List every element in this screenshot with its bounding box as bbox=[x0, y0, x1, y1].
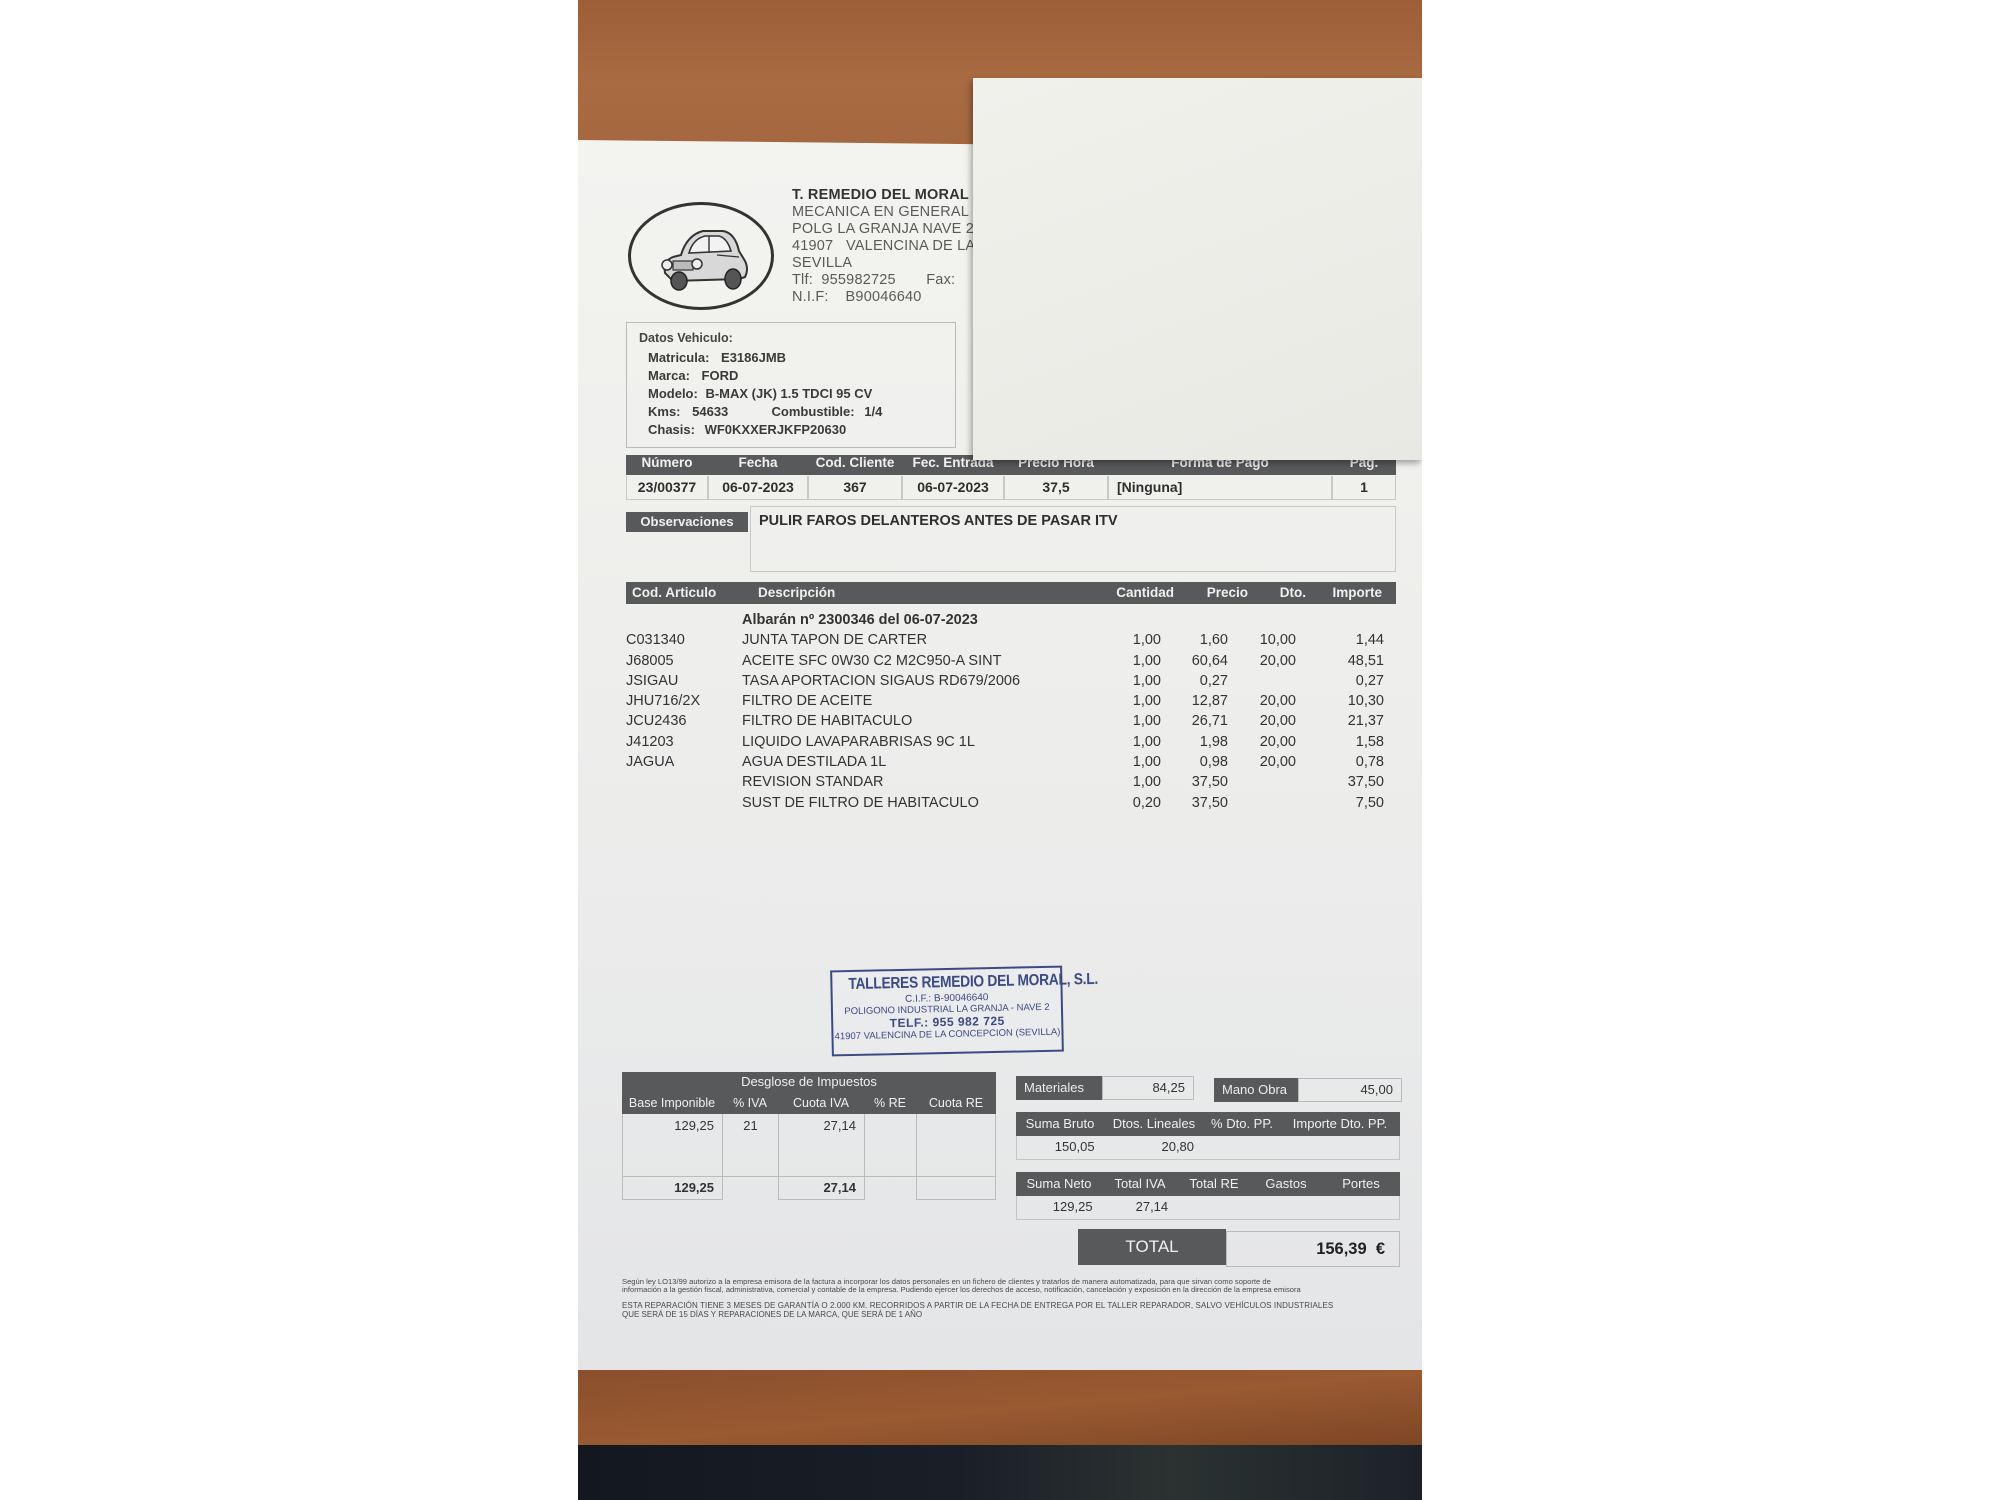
total-value: 156,39 € bbox=[1226, 1231, 1400, 1267]
tax-totals: 129,25 27,14 bbox=[622, 1176, 996, 1200]
header-pct-iva: % IVA bbox=[722, 1092, 778, 1114]
company-fax-label: Fax: bbox=[926, 272, 955, 288]
item-amount: 37,50 bbox=[1348, 774, 1384, 790]
item-discount: 20,00 bbox=[1260, 653, 1296, 669]
plate-label: Matricula: bbox=[648, 350, 709, 365]
item-description: REVISION STANDAR bbox=[742, 774, 884, 790]
table-row: C031340JUNTA TAPON DE CARTER1,001,6010,0… bbox=[626, 632, 1396, 652]
item-description: AGUA DESTILADA 1L bbox=[742, 754, 886, 770]
item-code: JAGUA bbox=[626, 754, 674, 770]
item-code: J41203 bbox=[626, 734, 674, 750]
item-price: 37,50 bbox=[1192, 774, 1228, 790]
albaran-row: Albarán nº 2300346 del 06-07-2023 bbox=[626, 612, 1396, 632]
chassis-label: Chasis: bbox=[648, 422, 695, 437]
table-row: JSIGAUTASA APORTACION SIGAUS RD679/20061… bbox=[626, 673, 1396, 693]
tax-total-iva: 27,14 bbox=[778, 1177, 864, 1200]
item-amount: 10,30 bbox=[1348, 693, 1384, 709]
item-discount: 20,00 bbox=[1260, 734, 1296, 750]
item-description: TASA APORTACION SIGAUS RD679/2006 bbox=[742, 673, 1020, 689]
item-quantity: 1,00 bbox=[1133, 734, 1161, 750]
item-amount: 1,44 bbox=[1356, 632, 1384, 648]
company-address-1: POLG LA GRANJA NAVE 2 bbox=[792, 221, 975, 238]
suma-bruto-value: 150,05 bbox=[1017, 1136, 1105, 1159]
observations-label: Observaciones bbox=[626, 512, 748, 532]
dtos-lineales-value: 20,80 bbox=[1105, 1136, 1204, 1159]
legal-text: Según ley LO13/99 autorizo a la empresa … bbox=[622, 1278, 1422, 1319]
gross-values: 150,05 20,80 bbox=[1016, 1136, 1400, 1160]
item-discount: 10,00 bbox=[1260, 632, 1296, 648]
portes-value bbox=[1321, 1196, 1399, 1219]
item-price: 26,71 bbox=[1192, 713, 1228, 729]
tax-row: 129,25 21 27,14 bbox=[622, 1114, 996, 1176]
item-code: C031340 bbox=[626, 632, 685, 648]
item-description: JUNTA TAPON DE CARTER bbox=[742, 632, 927, 648]
net-headers: Suma Neto Total IVA Total RE Gastos Port… bbox=[1016, 1172, 1400, 1196]
item-discount: 20,00 bbox=[1260, 754, 1296, 770]
header-descripcion: Descripción bbox=[758, 582, 835, 604]
table-row: J68005ACEITE SFC 0W30 C2 M2C950-A SINT1,… bbox=[626, 653, 1396, 673]
tax-breakdown-title: Desglose de Impuestos bbox=[622, 1072, 996, 1092]
tax-total-re-pct bbox=[864, 1177, 916, 1200]
header-importe-dto-pp: Importe Dto. PP. bbox=[1280, 1112, 1400, 1136]
item-quantity: 1,00 bbox=[1133, 653, 1161, 669]
company-name: T. REMEDIO DEL MORAL bbox=[792, 187, 975, 204]
fuel-label: Combustible: bbox=[772, 404, 855, 419]
item-quantity: 1,00 bbox=[1133, 754, 1161, 770]
vintage-car-icon bbox=[651, 217, 757, 299]
item-quantity: 1,00 bbox=[1133, 713, 1161, 729]
vehicle-data-box: Datos Vehiculo: Matricula: E3186JMB Marc… bbox=[626, 322, 956, 448]
header-fecha: Fecha bbox=[708, 455, 808, 475]
item-amount: 0,78 bbox=[1356, 754, 1384, 770]
labor-label: Mano Obra bbox=[1214, 1078, 1298, 1102]
labor-pair: Mano Obra 45,00 bbox=[1214, 1078, 1402, 1102]
vehicle-plate-row: Matricula: E3186JMB bbox=[639, 349, 943, 367]
header-base-imponible: Base Imponible bbox=[622, 1092, 722, 1114]
total-label: TOTAL bbox=[1078, 1229, 1226, 1265]
tax-total-pct bbox=[722, 1177, 778, 1200]
header-total-re: Total RE bbox=[1178, 1172, 1250, 1196]
item-amount: 1,58 bbox=[1356, 734, 1384, 750]
brand-label: Marca: bbox=[648, 368, 690, 383]
company-phone-row: Tlf: 955982725 Fax: bbox=[792, 272, 975, 289]
tax-base: 129,25 bbox=[622, 1114, 722, 1176]
suma-neto-value: 129,25 bbox=[1017, 1196, 1103, 1219]
item-code: JSIGAU bbox=[626, 673, 678, 689]
company-nif: N.I.F: B90046640 bbox=[792, 289, 975, 306]
gastos-value bbox=[1250, 1196, 1322, 1219]
tax-iva-amount: 27,14 bbox=[778, 1114, 864, 1176]
header-cuota-iva: Cuota IVA bbox=[778, 1092, 864, 1114]
kms-value: 54633 bbox=[692, 404, 728, 419]
hourly-rate: 37,5 bbox=[1004, 476, 1108, 500]
header-dto: Dto. bbox=[1280, 582, 1306, 604]
invoice-number: 23/00377 bbox=[626, 476, 708, 500]
net-values: 129,25 27,14 bbox=[1016, 1196, 1400, 1220]
tax-breakdown: Desglose de Impuestos Base Imponible % I… bbox=[622, 1072, 996, 1200]
table-row: SUST DE FILTRO DE HABITACULO0,2037,507,5… bbox=[626, 795, 1396, 815]
vehicle-title: Datos Vehiculo: bbox=[639, 329, 943, 347]
item-code: J68005 bbox=[626, 653, 674, 669]
table-row: J41203LIQUIDO LAVAPARABRISAS 9C 1L1,001,… bbox=[626, 734, 1396, 754]
materials-label: Materiales bbox=[1016, 1076, 1102, 1100]
item-quantity: 1,00 bbox=[1133, 632, 1161, 648]
item-description: LIQUIDO LAVAPARABRISAS 9C 1L bbox=[742, 734, 975, 750]
invoice-meta-values: 23/00377 06-07-2023 367 06-07-2023 37,5 … bbox=[626, 476, 1396, 500]
item-discount: 20,00 bbox=[1260, 693, 1296, 709]
plate-value: E3186JMB bbox=[721, 350, 786, 365]
header-pct-re: % RE bbox=[864, 1092, 916, 1114]
item-price: 37,50 bbox=[1192, 795, 1228, 811]
item-amount: 21,37 bbox=[1348, 713, 1384, 729]
albaran-reference: Albarán nº 2300346 del 06-07-2023 bbox=[742, 612, 978, 628]
company-stamp: TALLERES REMEDIO DEL MORAL, S.L. C.I.F.:… bbox=[830, 966, 1064, 1057]
tax-iva-pct: 21 bbox=[722, 1114, 778, 1176]
total-re-value bbox=[1178, 1196, 1250, 1219]
tax-total-re bbox=[916, 1177, 996, 1200]
header-gastos: Gastos bbox=[1250, 1172, 1322, 1196]
gross-headers: Suma Bruto Dtos. Lineales % Dto. PP. Imp… bbox=[1016, 1112, 1400, 1136]
page-number: 1 bbox=[1332, 476, 1396, 500]
model-label: Modelo: bbox=[648, 386, 698, 401]
tax-re-amount bbox=[916, 1114, 996, 1176]
legal-line-2: información a la gestión fiscal, adminis… bbox=[622, 1286, 1422, 1294]
item-code: JCU2436 bbox=[626, 713, 686, 729]
header-cod-articulo: Cod. Articulo bbox=[632, 582, 716, 604]
client-code: 367 bbox=[808, 476, 902, 500]
invoice-date: 06-07-2023 bbox=[708, 476, 808, 500]
payment-method: [Ninguna] bbox=[1108, 476, 1332, 500]
item-code: JHU716/2X bbox=[626, 693, 700, 709]
entry-date: 06-07-2023 bbox=[902, 476, 1004, 500]
item-price: 60,64 bbox=[1192, 653, 1228, 669]
header-dtos-lineales: Dtos. Lineales bbox=[1104, 1112, 1204, 1136]
materials-value: 84,25 bbox=[1102, 1076, 1194, 1100]
item-price: 1,98 bbox=[1200, 734, 1228, 750]
item-amount: 48,51 bbox=[1348, 653, 1384, 669]
header-suma-neto: Suma Neto bbox=[1016, 1172, 1102, 1196]
header-precio: Precio bbox=[1207, 582, 1248, 604]
item-price: 12,87 bbox=[1192, 693, 1228, 709]
table-row: REVISION STANDAR1,0037,5037,50 bbox=[626, 774, 1396, 794]
header-importe: Importe bbox=[1332, 582, 1382, 604]
table-row: JHU716/2XFILTRO DE ACEITE1,0012,8720,001… bbox=[626, 693, 1396, 713]
item-description: FILTRO DE HABITACULO bbox=[742, 713, 912, 729]
items-table: Albarán nº 2300346 del 06-07-2023 C03134… bbox=[626, 612, 1396, 815]
tax-headers: Base Imponible % IVA Cuota IVA % RE Cuot… bbox=[622, 1092, 996, 1114]
invoice-photo: T. REMEDIO DEL MORAL MECANICA EN GENERAL… bbox=[578, 0, 1422, 1500]
total-iva-value: 27,14 bbox=[1103, 1196, 1179, 1219]
table-row: JCU2436FILTRO DE HABITACULO1,0026,7120,0… bbox=[626, 713, 1396, 733]
company-address-2: 41907 VALENCINA DE LA bbox=[792, 238, 975, 255]
labor-value: 45,00 bbox=[1298, 1078, 1402, 1102]
header-cod-cliente: Cod. Cliente bbox=[808, 455, 902, 475]
brand-value: FORD bbox=[702, 368, 739, 383]
observations-text: PULIR FAROS DELANTEROS ANTES DE PASAR IT… bbox=[750, 506, 1396, 572]
importe-dto-pp-value bbox=[1280, 1136, 1399, 1159]
items-table-header: Cod. Articulo Descripción Cantidad Preci… bbox=[626, 582, 1396, 604]
item-quantity: 1,00 bbox=[1133, 774, 1161, 790]
header-total-iva: Total IVA bbox=[1102, 1172, 1178, 1196]
item-price: 0,27 bbox=[1200, 673, 1228, 689]
warranty-line-2: QUE SERÁ DE 15 DÍAS Y REPARACIONES DE LA… bbox=[622, 1311, 1422, 1319]
item-amount: 0,27 bbox=[1356, 673, 1384, 689]
company-city: SEVILLA bbox=[792, 255, 975, 272]
company-phone: Tlf: 955982725 bbox=[792, 272, 896, 288]
item-description: SUST DE FILTRO DE HABITACULO bbox=[742, 795, 979, 811]
item-price: 1,60 bbox=[1200, 632, 1228, 648]
header-numero: Número bbox=[626, 455, 708, 475]
item-price: 0,98 bbox=[1200, 754, 1228, 770]
header-cantidad: Cantidad bbox=[1116, 582, 1174, 604]
vehicle-chassis-row: Chasis: WF0KXXERJKFP20630 bbox=[639, 421, 943, 439]
header-suma-bruto: Suma Bruto bbox=[1016, 1112, 1104, 1136]
item-quantity: 0,20 bbox=[1133, 795, 1161, 811]
company-logo bbox=[628, 202, 774, 310]
item-quantity: 1,00 bbox=[1133, 693, 1161, 709]
item-description: FILTRO DE ACEITE bbox=[742, 693, 872, 709]
chassis-value: WF0KXXERJKFP20630 bbox=[705, 422, 847, 437]
materials-pair: Materiales 84,25 bbox=[1016, 1076, 1194, 1100]
item-discount: 20,00 bbox=[1260, 713, 1296, 729]
header-pct-dto-pp: % Dto. PP. bbox=[1204, 1112, 1280, 1136]
model-value: B-MAX (JK) 1.5 TDCI 95 CV bbox=[705, 386, 872, 401]
company-activity: MECANICA EN GENERAL bbox=[792, 204, 975, 221]
item-description: ACEITE SFC 0W30 C2 M2C950-A SINT bbox=[742, 653, 1001, 669]
tax-re-pct bbox=[864, 1114, 916, 1176]
pct-dto-pp-value bbox=[1204, 1136, 1280, 1159]
header-portes: Portes bbox=[1322, 1172, 1400, 1196]
vehicle-model-row: Modelo: B-MAX (JK) 1.5 TDCI 95 CV bbox=[639, 385, 943, 403]
blank-paper-overlay bbox=[973, 78, 1422, 460]
vehicle-brand-row: Marca: FORD bbox=[639, 367, 943, 385]
tax-total-base: 129,25 bbox=[622, 1177, 722, 1200]
fuel-value: 1/4 bbox=[864, 404, 882, 419]
item-quantity: 1,00 bbox=[1133, 673, 1161, 689]
vehicle-kms-row: Kms: 54633 Combustible: 1/4 bbox=[639, 403, 943, 421]
company-info: T. REMEDIO DEL MORAL MECANICA EN GENERAL… bbox=[792, 187, 975, 306]
kms-label: Kms: bbox=[648, 404, 681, 419]
item-amount: 7,50 bbox=[1356, 795, 1384, 811]
header-cuota-re: Cuota RE bbox=[916, 1092, 996, 1114]
table-row: JAGUAAGUA DESTILADA 1L1,000,9820,000,78 bbox=[626, 754, 1396, 774]
